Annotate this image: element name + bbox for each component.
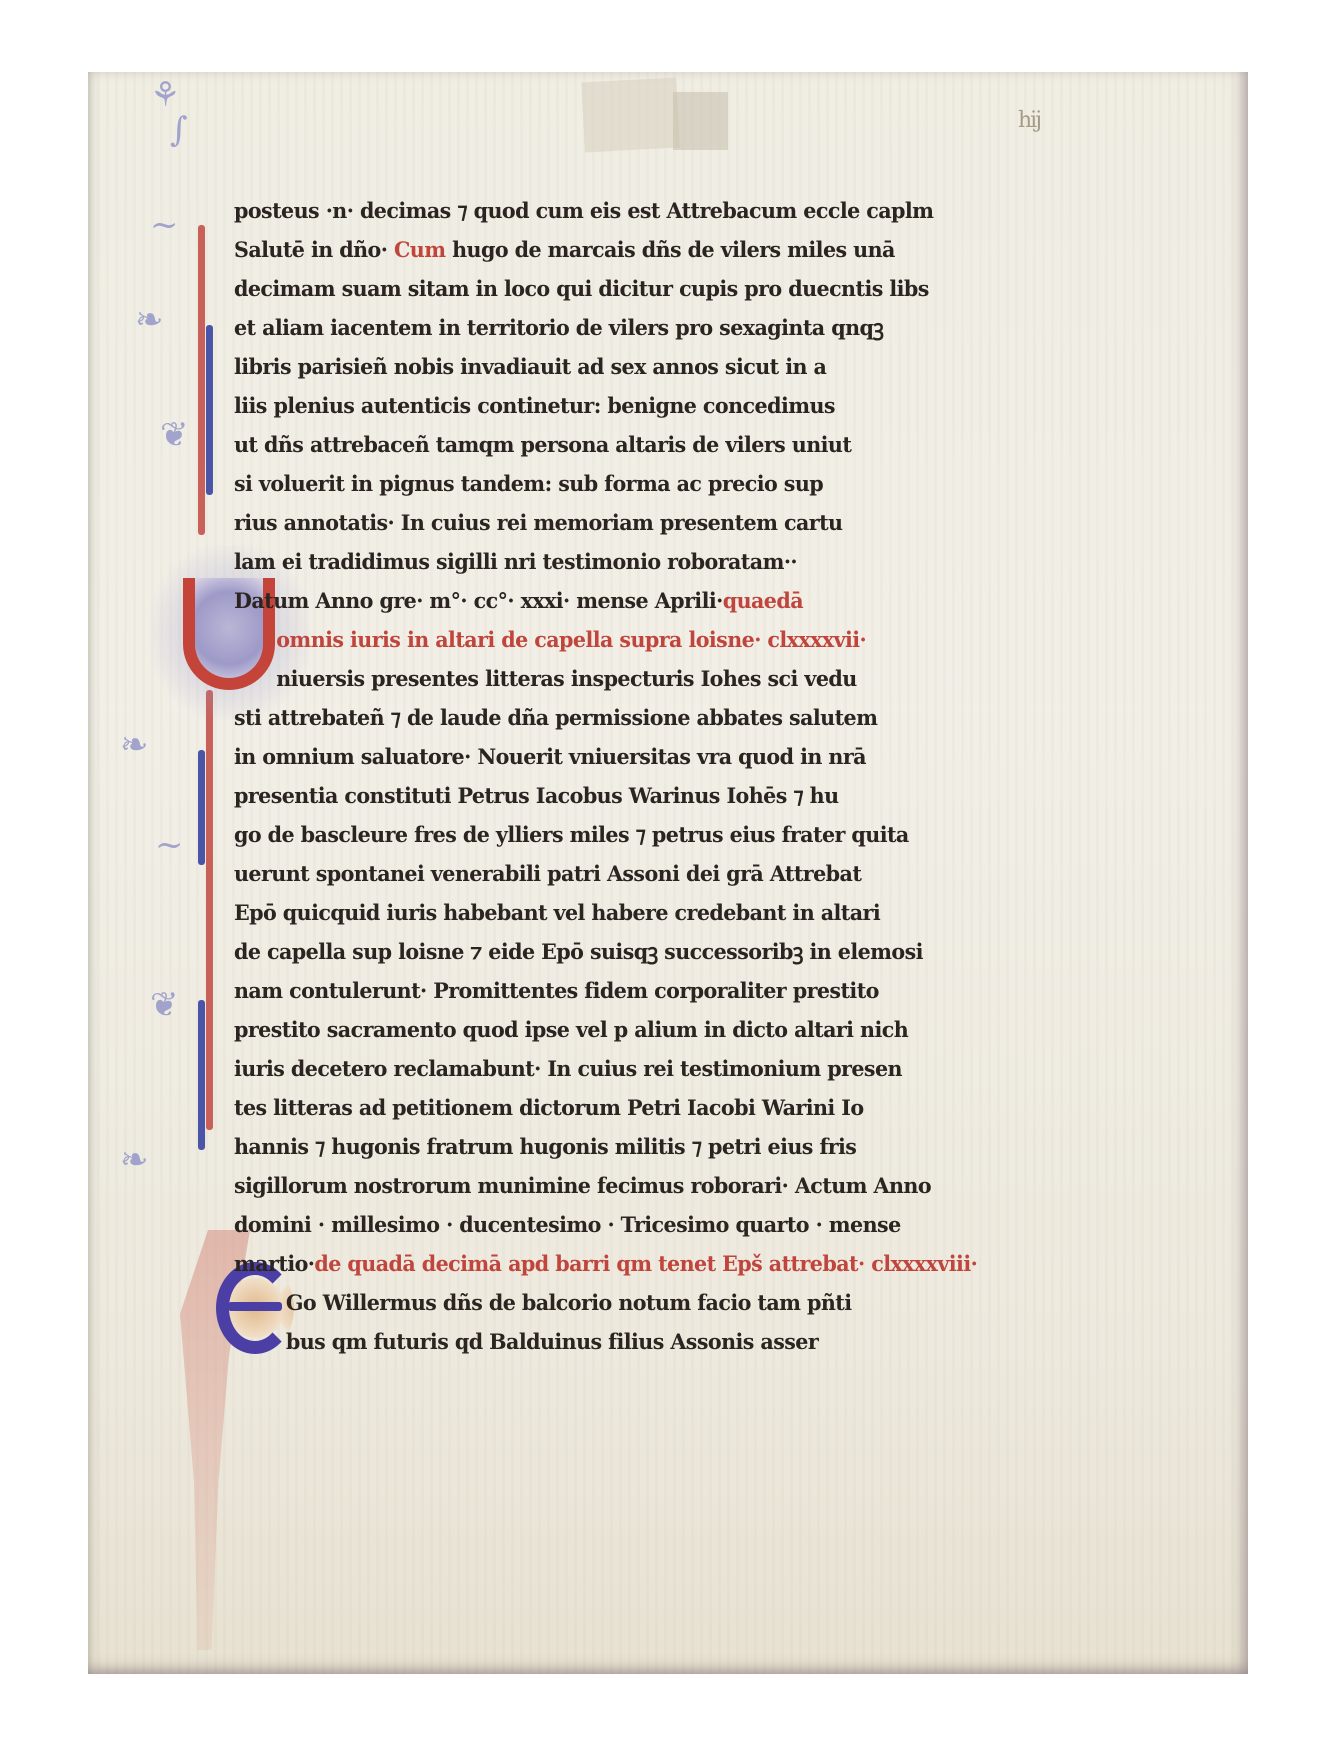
text-line: iuris decetero reclamabunt· In cuius rei… (234, 1050, 964, 1089)
text-line: et aliam iacentem in territorio de viler… (234, 309, 964, 348)
text-line: in omnium saluatore· Nouerit vniuersitas… (234, 738, 964, 777)
text-line: uerunt spontanei venerabili patri Assoni… (234, 855, 964, 894)
text-line: martio·de quadā decimā apd barri qm tene… (234, 1245, 964, 1284)
text-line: lam ei tradidimus sigilli nri testimonio… (234, 543, 964, 582)
flourish-icon: ❦ (150, 985, 179, 1025)
rubric: quaedā (723, 589, 803, 614)
text-line: Salutē in dño· Cum hugo de marcais dñs d… (234, 231, 964, 270)
flourish-icon: ❧ (120, 725, 149, 765)
text-line: presentia constituti Petrus Iacobus Wari… (234, 777, 964, 816)
border-bar-blue (198, 750, 205, 865)
parchment-repair-patch (673, 92, 728, 150)
border-bar-red (198, 225, 205, 535)
flourish-icon: ∫ (170, 110, 188, 150)
flourish-icon: ~ (155, 825, 184, 865)
text-line: sti attrebateñ ⁊ de laude dña permission… (234, 699, 964, 738)
text-line: decimam suam sitam in loco qui dicitur c… (234, 270, 964, 309)
folio-mark: hij (1018, 108, 1040, 133)
flourish-icon: ❧ (135, 300, 164, 340)
flourish-icon: ~ (150, 205, 179, 245)
text-line: tes litteras ad petitionem dictorum Petr… (234, 1089, 964, 1128)
text-line: domini · millesimo · ducentesimo · Trice… (234, 1206, 964, 1245)
text-line: liis plenius autenticis continetur: beni… (234, 387, 964, 426)
text-line: rius annotatis· In cuius rei memoriam pr… (234, 504, 964, 543)
rubric: Cum (394, 238, 446, 263)
text-line: libris parisieñ nobis invadiauit ad sex … (234, 348, 964, 387)
parchment-repair-patch (581, 78, 680, 153)
text-line: nam contulerunt· Promittentes fidem corp… (234, 972, 964, 1011)
text-line: ut dñs attrebaceñ tamqm persona altaris … (234, 426, 964, 465)
text-line: prestito sacramento quod ipse vel p aliu… (234, 1011, 964, 1050)
text-line: hannis ⁊ hugonis fratrum hugonis militis… (234, 1128, 964, 1167)
rubric: de quadā decimā apd barri qm tenet Epš a… (314, 1252, 977, 1277)
text-line: sigillorum nostrorum munimine fecimus ro… (234, 1167, 964, 1206)
text-line: go de bascleure fres de ylliers miles ⁊ … (234, 816, 964, 855)
text-line: posteus ·n· decimas ⁊ quod cum eis est A… (234, 192, 964, 231)
text-line: si voluerit in pignus tandem: sub forma … (234, 465, 964, 504)
flourish-icon: ❧ (120, 1140, 149, 1180)
text-line: Go Willermus dñs de balcorio notum facio… (234, 1284, 964, 1323)
flourish-icon: ⚘ (150, 75, 180, 115)
border-bar-blue (198, 1000, 205, 1150)
text-line: bus qm futuris qd Balduinus filius Asson… (234, 1323, 964, 1362)
text-line: omnis iuris in altari de capella supra l… (234, 621, 964, 660)
rubric: omnis iuris in altari de capella supra l… (276, 628, 866, 653)
text-line: Datum Anno gre· m°· cc°· xxxi· mense Apr… (234, 582, 964, 621)
text-line: Epō quicquid iuris habebant vel habere c… (234, 894, 964, 933)
border-bar-red (206, 690, 213, 1130)
manuscript-text: posteus ·n· decimas ⁊ quod cum eis est A… (234, 192, 994, 1362)
text-line: niuersis presentes litteras inspecturis … (234, 660, 964, 699)
text-line: de capella sup loisne ⁊ eide Epō suisqꝫ … (234, 933, 964, 972)
border-bar-blue (206, 325, 213, 495)
flourish-icon: ❦ (160, 415, 189, 455)
